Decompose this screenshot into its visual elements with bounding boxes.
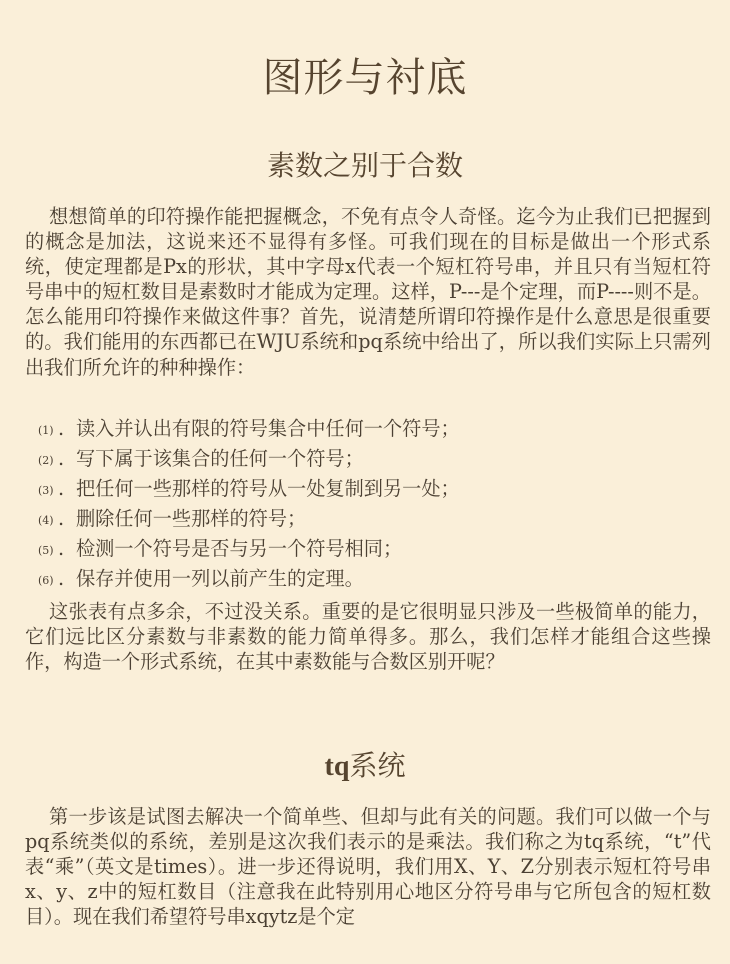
list-item: (6).保存并使用一列以前产生的定理。 — [38, 564, 460, 594]
page-title: 图形与衬底 — [0, 52, 730, 104]
list-item-text: 读入并认出有限的符号集合中任何一个符号； — [76, 417, 460, 440]
list-item-number: (1) — [38, 416, 58, 446]
list-item-number: (3) — [38, 476, 58, 506]
list-item-number: (4) — [38, 506, 58, 536]
list-item: (2).写下属于该集合的任何一个符号； — [38, 444, 460, 474]
list-item-text: 删除任何一些那样的符号； — [76, 507, 306, 530]
list-item-number: (5) — [38, 536, 58, 566]
list-item-number: (6) — [38, 566, 58, 596]
heading-cjk-part: 系统 — [349, 749, 405, 782]
list-item-text: 写下属于该集合的任何一个符号； — [76, 447, 364, 470]
list-item: (4).删除任何一些那样的符号； — [38, 504, 460, 534]
list-item-separator: . — [58, 474, 76, 504]
section-heading-tq-system: tq系统 — [0, 748, 730, 785]
paragraph-tq-intro: 第一步该是试图去解决一个简单些、但却与此有关的问题。我们可以做一个与pq系统类似… — [25, 804, 711, 929]
list-item: (1).读入并认出有限的符号集合中任何一个符号； — [38, 414, 460, 444]
list-item-separator: . — [58, 534, 76, 564]
section-heading-primes: 素数之别于合数 — [0, 148, 730, 184]
list-item-separator: . — [58, 504, 76, 534]
list-item-separator: . — [58, 414, 76, 444]
list-item: (3).把任何一些那样的符号从一处复制到另一处； — [38, 474, 460, 504]
heading-latin-part: tq — [325, 751, 350, 782]
operations-list: (1).读入并认出有限的符号集合中任何一个符号； (2).写下属于该集合的任何一… — [38, 414, 460, 594]
list-item-number: (2) — [38, 446, 58, 476]
list-item-text: 检测一个符号是否与另一个符号相同； — [76, 537, 402, 560]
list-item-separator: . — [58, 444, 76, 474]
paragraph-summary: 这张表有点多余，不过没关系。重要的是它很明显只涉及一些极简单的能力，它们远比区分… — [25, 599, 711, 674]
document-page: 图形与衬底 素数之别于合数 想想简单的印符操作能把握概念，不免有点令人奇怪。迄今… — [0, 0, 730, 964]
list-item: (5).检测一个符号是否与另一个符号相同； — [38, 534, 460, 564]
list-item-text: 把任何一些那样的符号从一处复制到另一处； — [76, 477, 460, 500]
paragraph-intro: 想想简单的印符操作能把握概念，不免有点令人奇怪。迄今为止我们已把握到的概念是加法… — [25, 204, 711, 380]
list-item-separator: . — [58, 564, 76, 594]
list-item-text: 保存并使用一列以前产生的定理。 — [76, 567, 364, 590]
